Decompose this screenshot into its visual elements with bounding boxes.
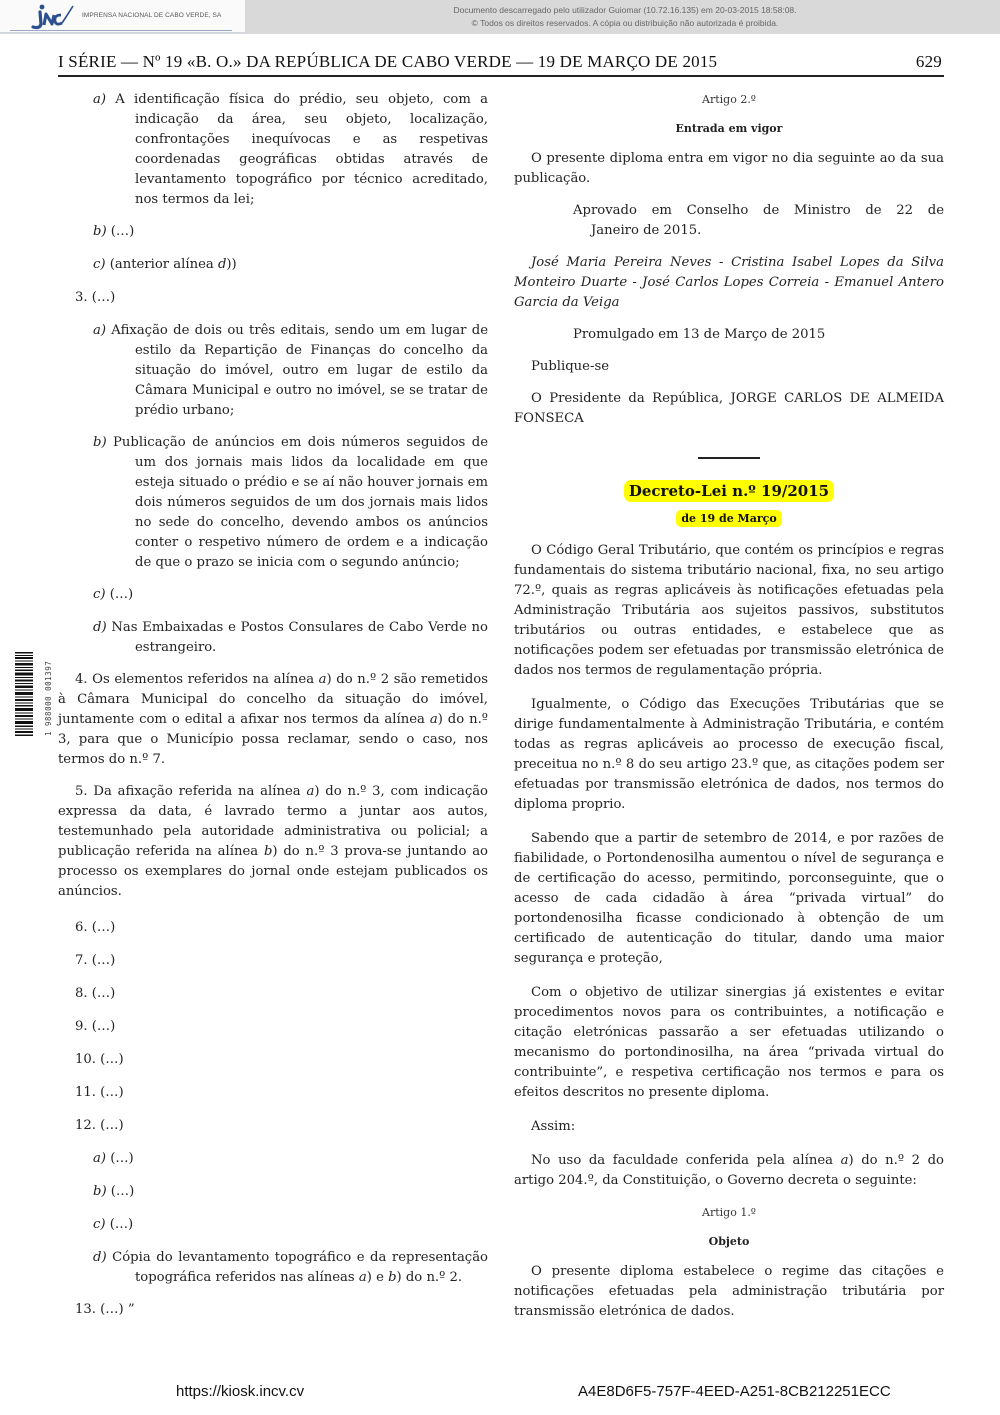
section-4: 4. Os elementos referidos na alínea a) d… [58, 670, 488, 770]
download-notice: Documento descarregado pelo utilizador G… [300, 4, 950, 30]
decree-title-highlight: Decreto-Lei n.º 19/2015 [624, 480, 834, 502]
right-column: Artigo 2.º Entrada em vigor O presente d… [514, 90, 944, 1334]
section-6: 6. (…) [58, 918, 488, 938]
download-banner: IMPRENSA NACIONAL DE CABO VERDE, SA Docu… [0, 0, 1000, 34]
page-number: 629 [916, 52, 942, 72]
section-divider [698, 457, 760, 459]
clause-12b: b) (…) [58, 1182, 488, 1202]
section-11: 11. (…) [58, 1083, 488, 1103]
signatories: José Maria Pereira Neves - Cristina Isab… [514, 253, 944, 313]
article-1-label: Artigo 1.º [514, 1203, 944, 1223]
incv-logo-icon [25, 3, 75, 31]
clause-ref: b [388, 1270, 396, 1285]
article-2-label: Artigo 2.º [514, 90, 944, 110]
clause-2b: b) (…) [58, 222, 488, 242]
section-9: 9. (…) [58, 1017, 488, 1037]
clause-ref: a [319, 672, 327, 687]
section-3: 3. (…) [58, 288, 488, 308]
left-column: a) A identificação física do prédio, seu… [58, 90, 488, 1333]
clause-label: d) [93, 1250, 107, 1265]
publisher-name: IMPRENSA NACIONAL DE CABO VERDE, SA [82, 12, 221, 19]
clause-3c: c) (…) [58, 585, 488, 605]
clause-text: (…) [106, 1151, 134, 1166]
clause-label: d) [93, 620, 107, 635]
assim-statement: Assim: [514, 1117, 944, 1137]
promulgation-date: Promulgado em 13 de Março de 2015 [514, 325, 944, 345]
document-id: A4E8D6F5-757F-4EED-A251-8CB212251ECC [578, 1383, 891, 1400]
barcode-icon [15, 652, 33, 736]
clause-text: (anterior alínea [106, 257, 218, 272]
clause-text: (…) [107, 224, 135, 239]
approval-statement: Aprovado em Conselho de Ministro de 22 d… [514, 201, 944, 241]
decree-date: de 19 de Março [514, 509, 944, 529]
clause-label: c) [93, 587, 106, 602]
paragraph-text: 5. Da afixação referida na alínea [75, 784, 306, 799]
clause-ref: a [430, 712, 438, 727]
clause-label: c) [93, 1217, 106, 1232]
running-head: I SÉRIE — Nº 19 «B. O.» DA REPÚBLICA DE … [58, 52, 944, 74]
section-7: 7. (…) [58, 951, 488, 971]
clause-ref: a [359, 1270, 367, 1285]
clause-text: (…) [106, 587, 134, 602]
clause-label: a) [93, 1151, 106, 1166]
preamble-paragraph-4: Com o objetivo de utilizar sinergias já … [514, 983, 944, 1103]
clause-text: Nas Embaixadas e Postos Consulares de Ca… [107, 620, 488, 655]
section-5: 5. Da afixação referida na alínea a) do … [58, 782, 488, 902]
approval-line2: Janeiro de 2015. [573, 221, 944, 241]
clause-text: (…) [107, 1184, 135, 1199]
section-13: 13. (…) ” [58, 1300, 488, 1320]
president-signature: O Presidente da República, JORGE CARLOS … [514, 389, 944, 429]
clause-label: c) [93, 257, 106, 272]
section-10: 10. (…) [58, 1050, 488, 1070]
clause-3a: a) Afixação de dois ou três editais, sen… [58, 321, 488, 421]
clause-text: )) [226, 257, 236, 272]
article-2-title: Entrada em vigor [514, 119, 944, 139]
clause-label: b) [93, 224, 107, 239]
gazette-title: I SÉRIE — Nº 19 «B. O.» DA REPÚBLICA DE … [58, 52, 717, 72]
enactment-clause: No uso da faculdade conferida pela alíne… [514, 1151, 944, 1191]
clause-2a: a) A identificação física do prédio, seu… [58, 90, 488, 210]
clause-text: A identificação física do prédio, seu ob… [106, 92, 488, 207]
clause-text: ) e [367, 1270, 388, 1285]
clause-label: b) [93, 1184, 107, 1199]
footer-url-link[interactable]: https://kiosk.incv.cv [176, 1383, 304, 1400]
publish-order: Publique-se [514, 357, 944, 377]
preamble-paragraph-3: Sabendo que a partir de setembro de 2014… [514, 829, 944, 969]
section-12: 12. (…) [58, 1116, 488, 1136]
decree-date-highlight: de 19 de Março [676, 510, 781, 527]
clause-12c: c) (…) [58, 1215, 488, 1235]
article-1-title: Objeto [514, 1232, 944, 1252]
article-2-text: O presente diploma entra em vigor no dia… [514, 149, 944, 189]
paragraph-text: 4. Os elementos referidos na alínea [75, 672, 319, 687]
header-rule [58, 75, 944, 77]
clause-2c: c) (anterior alínea d)) [58, 255, 488, 275]
article-1-text: O presente diploma estabelece o regime d… [514, 1262, 944, 1322]
download-notice-line2: © Todos os direitos reservados. A cópia … [300, 17, 950, 30]
clause-label: a) [93, 92, 106, 107]
paragraph-text: No uso da faculdade conferida pela alíne… [531, 1153, 841, 1168]
download-notice-line1: Documento descarregado pelo utilizador G… [300, 4, 950, 17]
barcode-number: 1 988000 001397 [44, 661, 53, 736]
clause-12d: d) Cópia do levantamento topográfico e d… [58, 1248, 488, 1288]
approval-line1: Aprovado em Conselho de Ministro de 22 d… [573, 201, 944, 221]
clause-text: (…) [106, 1217, 134, 1232]
clause-12a: a) (…) [58, 1149, 488, 1169]
clause-text: Publicação de anúncios em dois números s… [107, 435, 488, 570]
preamble-paragraph-2: Igualmente, o Código das Execuções Tribu… [514, 695, 944, 815]
clause-text: Afixação de dois ou três editais, sendo … [106, 323, 488, 418]
publisher-logo: IMPRENSA NACIONAL DE CABO VERDE, SA [0, 0, 245, 33]
section-8: 8. (…) [58, 984, 488, 1004]
preamble-paragraph-1: O Código Geral Tributário, que contém os… [514, 541, 944, 681]
logo-underline [10, 30, 232, 31]
clause-3d: d) Nas Embaixadas e Postos Consulares de… [58, 618, 488, 658]
clause-3b: b) Publicação de anúncios em dois número… [58, 433, 488, 573]
clause-label: a) [93, 323, 106, 338]
clause-text: ) do n.º 2. [397, 1270, 463, 1285]
decree-title: Decreto-Lei n.º 19/2015 [514, 481, 944, 503]
clause-label: b) [93, 435, 107, 450]
